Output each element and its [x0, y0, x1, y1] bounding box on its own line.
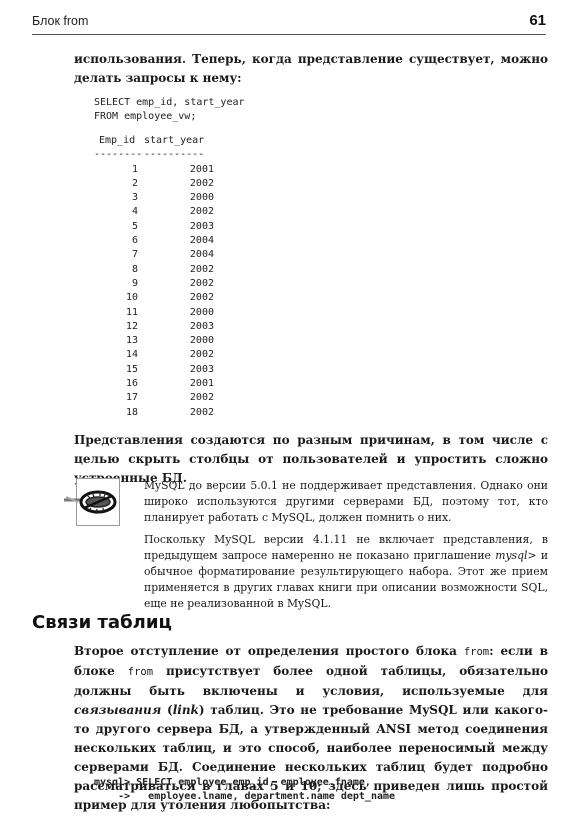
start-year-cell: 2003 [144, 220, 214, 234]
join-code-block: mysql> SELECT employee.emp_id, employee.… [94, 776, 395, 804]
table-row: 122003 [94, 320, 214, 334]
scorpion-warning-icon [62, 478, 122, 524]
result-header-row: Emp_id start_year [94, 134, 214, 148]
emp-id-cell: 11 [94, 306, 138, 320]
emp-id-cell: 8 [94, 263, 138, 277]
table-row: 152003 [94, 363, 214, 377]
start-year-cell: 2002 [144, 348, 214, 362]
table-row: 22002 [94, 177, 214, 191]
table-row: 82002 [94, 263, 214, 277]
table-row: 172002 [94, 391, 214, 405]
prompt-term: mysql> [495, 549, 536, 562]
emp-id-cell: 6 [94, 234, 138, 248]
table-row: 182002 [94, 406, 214, 420]
inline-code: from [128, 666, 153, 678]
code-line: -> employee.lname, department.name dept_… [94, 790, 395, 804]
page-number: 61 [529, 12, 546, 29]
emp-id-cell: 18 [94, 406, 138, 420]
result-separator-row: -------- ---------- [94, 148, 214, 162]
result-table: Emp_id start_year -------- ---------- 12… [94, 134, 214, 420]
emp-id-cell: 4 [94, 205, 138, 219]
term: связывания [74, 703, 161, 717]
table-row: 62004 [94, 234, 214, 248]
table-row: 162001 [94, 377, 214, 391]
start-year-cell: 2001 [144, 163, 214, 177]
note-paragraph: MySQL до версии 5.0.1 не поддерживает пр… [144, 478, 548, 526]
intro-paragraph: использования. Теперь, когда представлен… [74, 50, 548, 88]
start-year-cell: 2002 [144, 177, 214, 191]
emp-id-cell: 5 [94, 220, 138, 234]
table-row: 142002 [94, 348, 214, 362]
table-row: 42002 [94, 205, 214, 219]
table-row: 72004 [94, 248, 214, 262]
start-year-cell: 2000 [144, 334, 214, 348]
page-header: Блок from 61 [32, 12, 546, 35]
emp-id-cell: 7 [94, 248, 138, 262]
start-year-cell: 2004 [144, 248, 214, 262]
emp-id-cell: 13 [94, 334, 138, 348]
query-line: SELECT emp_id, start_year [94, 96, 245, 110]
emp-id-cell: 15 [94, 363, 138, 377]
table-row: 102002 [94, 291, 214, 305]
note-paragraph: Поскольку MySQL версии 4.1.11 не включае… [144, 532, 548, 612]
start-year-cell: 2003 [144, 320, 214, 334]
emp-id-cell: 16 [94, 377, 138, 391]
emp-id-cell: 2 [94, 177, 138, 191]
emp-id-cell: 14 [94, 348, 138, 362]
separator: -------- [94, 148, 144, 162]
table-row: 32000 [94, 191, 214, 205]
start-year-cell: 2000 [144, 306, 214, 320]
section-title: Связи таблиц [32, 612, 172, 633]
term: link [173, 703, 199, 717]
emp-id-cell: 17 [94, 391, 138, 405]
start-year-cell: 2000 [144, 191, 214, 205]
emp-id-cell: 9 [94, 277, 138, 291]
query-code-block: SELECT emp_id, start_yearFROM employee_v… [94, 96, 245, 124]
emp-id-cell: 1 [94, 163, 138, 177]
result-rows: 1200122002320004200252003620047200482002… [94, 163, 214, 420]
table-row: 132000 [94, 334, 214, 348]
code-line: mysql> SELECT employee.emp_id, employee.… [94, 776, 395, 790]
table-row: 112000 [94, 306, 214, 320]
start-year-cell: 2002 [144, 291, 214, 305]
query-line: FROM employee_vw; [94, 110, 245, 124]
start-year-cell: 2003 [144, 363, 214, 377]
start-year-cell: 2002 [144, 406, 214, 420]
emp-id-cell: 3 [94, 191, 138, 205]
column-header: start_year [144, 134, 214, 148]
table-row: 12001 [94, 163, 214, 177]
running-head: Блок from [32, 14, 88, 28]
start-year-cell: 2002 [144, 277, 214, 291]
start-year-cell: 2002 [144, 391, 214, 405]
table-row: 92002 [94, 277, 214, 291]
start-year-cell: 2002 [144, 205, 214, 219]
emp-id-cell: 10 [94, 291, 138, 305]
emp-id-cell: 12 [94, 320, 138, 334]
separator: ---------- [144, 148, 214, 162]
column-header: Emp_id [94, 134, 144, 148]
start-year-cell: 2004 [144, 234, 214, 248]
start-year-cell: 2002 [144, 263, 214, 277]
start-year-cell: 2001 [144, 377, 214, 391]
note-text: MySQL до версии 5.0.1 не поддерживает пр… [144, 478, 548, 618]
table-row: 52003 [94, 220, 214, 234]
inline-code: from [464, 646, 489, 658]
